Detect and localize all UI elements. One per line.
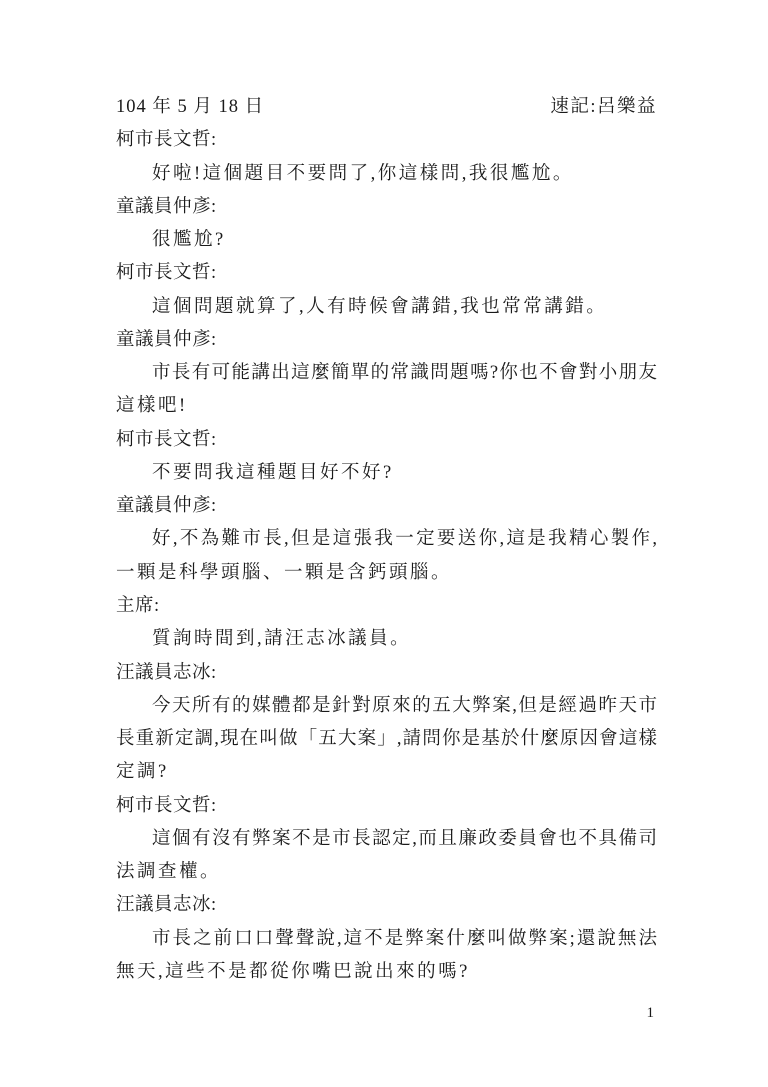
transcript-body: 柯市長文哲:好啦!這個題目不要問了,你這樣問,我很尷尬。童議員仲彥:很尷尬?柯市… [116, 124, 657, 989]
speaker-line: 主席: [116, 590, 657, 623]
dialogue-line: 不要問我這種題目好不好? [116, 457, 657, 490]
dialogue-line: 好,不為難市長,但是這張我一定要送你,這是我精心製作, [116, 523, 657, 556]
stenographer-credit: 速記:呂樂益 [550, 91, 657, 124]
speaker-line: 汪議員志冰: [116, 657, 657, 690]
dialogue-line: 市長之前口口聲聲說,這不是弊案什麼叫做弊案;還說無法 [116, 923, 657, 956]
speaker-line: 汪議員志冰: [116, 889, 657, 922]
dialogue-line: 這樣吧! [116, 390, 657, 423]
speaker-line: 童議員仲彥: [116, 490, 657, 523]
dialogue-line: 法調查權。 [116, 856, 657, 889]
speaker-line: 童議員仲彥: [116, 324, 657, 357]
dialogue-line: 長重新定調,現在叫做「五大案」,請問你是基於什麼原因會這樣 [116, 723, 657, 756]
document-header: 104 年 5 月 18 日 速記:呂樂益 [116, 91, 657, 124]
page-number: 1 [647, 1003, 655, 1023]
dialogue-line: 好啦!這個題目不要問了,你這樣問,我很尷尬。 [116, 158, 657, 191]
speaker-line: 柯市長文哲: [116, 124, 657, 157]
dialogue-line: 市長有可能講出這麼簡單的常識問題嗎?你也不會對小朋友 [116, 357, 657, 390]
transcript-content: 104 年 5 月 18 日 速記:呂樂益 柯市長文哲:好啦!這個題目不要問了,… [116, 91, 657, 989]
dialogue-line: 這個有沒有弊案不是市長認定,而且廉政委員會也不具備司 [116, 823, 657, 856]
dialogue-line: 這個問題就算了,人有時候會講錯,我也常常講錯。 [116, 291, 657, 324]
dialogue-line: 很尷尬? [116, 224, 657, 257]
dialogue-line: 定調? [116, 756, 657, 789]
dialogue-line: 今天所有的媒體都是針對原來的五大弊案,但是經過昨天市 [116, 690, 657, 723]
speaker-line: 柯市長文哲: [116, 424, 657, 457]
dialogue-line: 一顆是科學頭腦、一顆是含鈣頭腦。 [116, 557, 657, 590]
document-page: 104 年 5 月 18 日 速記:呂樂益 柯市長文哲:好啦!這個題目不要問了,… [0, 0, 768, 1087]
dialogue-line: 無天,這些不是都從你嘴巴說出來的嗎? [116, 956, 657, 989]
dialogue-line: 質詢時間到,請汪志冰議員。 [116, 623, 657, 656]
speaker-line: 柯市長文哲: [116, 257, 657, 290]
speaker-line: 柯市長文哲: [116, 790, 657, 823]
meeting-date: 104 年 5 月 18 日 [116, 91, 264, 124]
speaker-line: 童議員仲彥: [116, 191, 657, 224]
